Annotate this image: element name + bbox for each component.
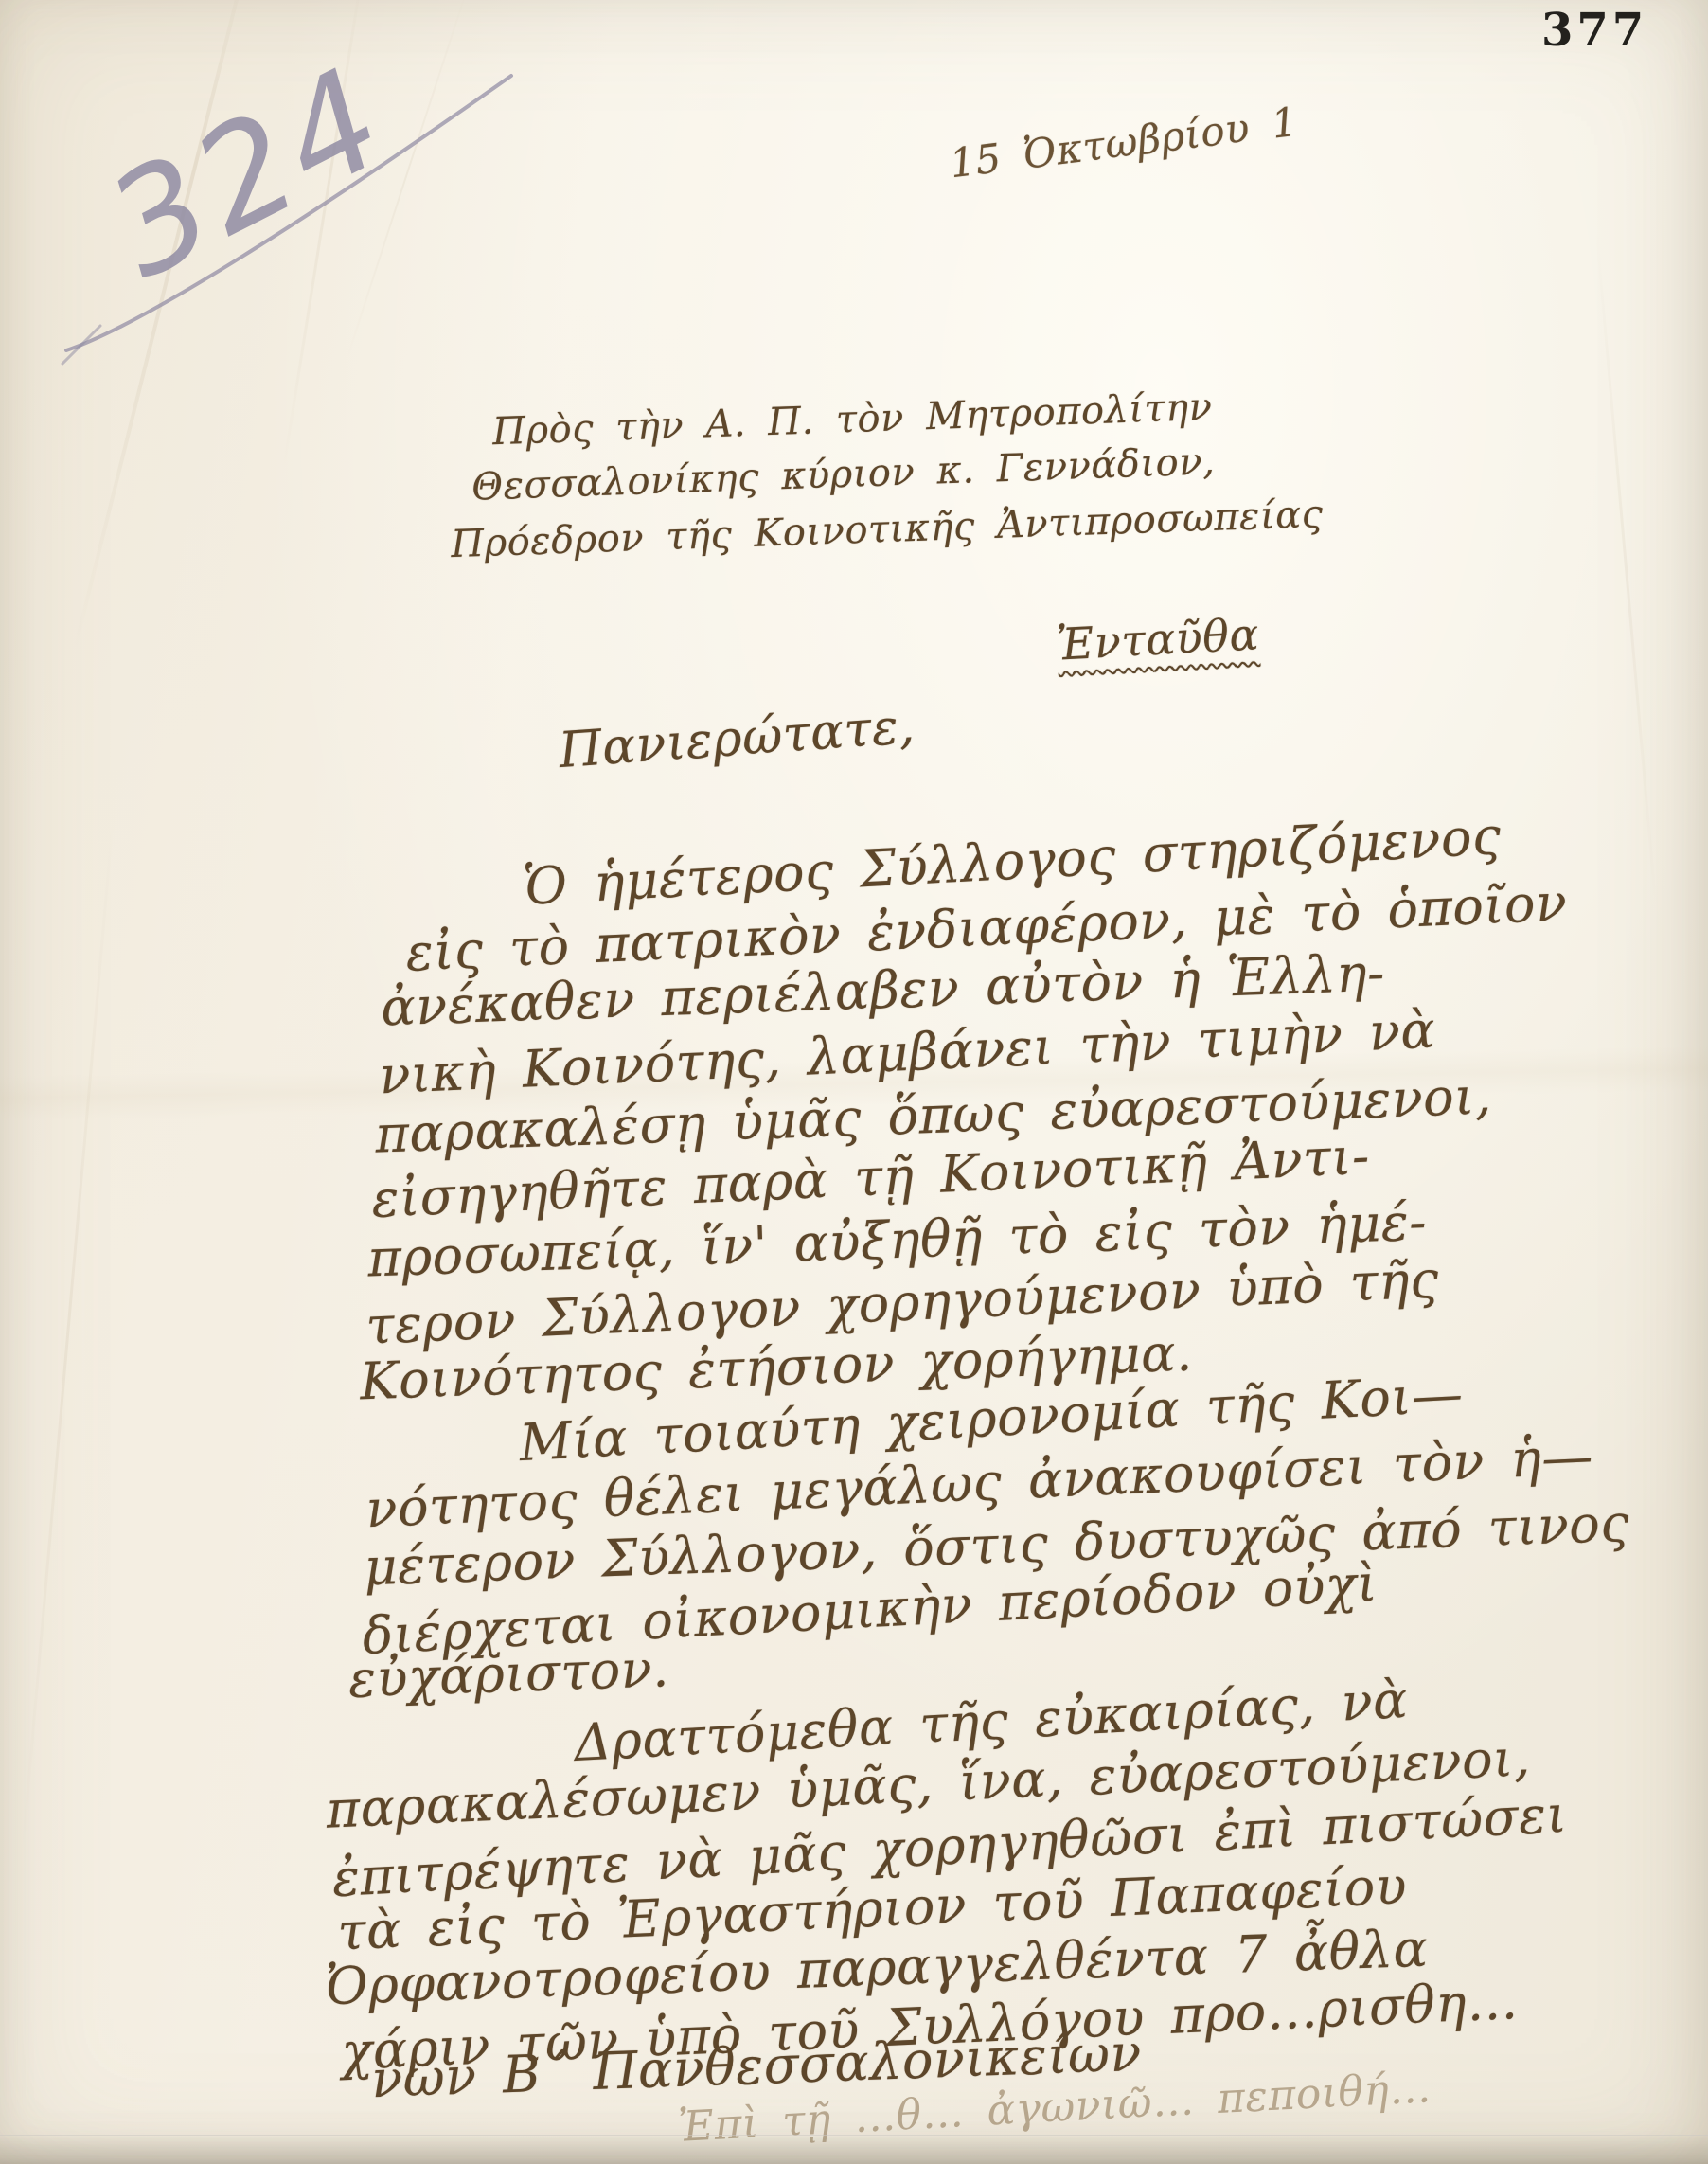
printed-folio-number: 377	[1541, 4, 1647, 57]
place-line: Ἐνταῦθα	[1056, 608, 1260, 670]
body-line: εὐχάριστον.	[347, 1638, 670, 1709]
scan-bottom-edge	[0, 2135, 1708, 2164]
